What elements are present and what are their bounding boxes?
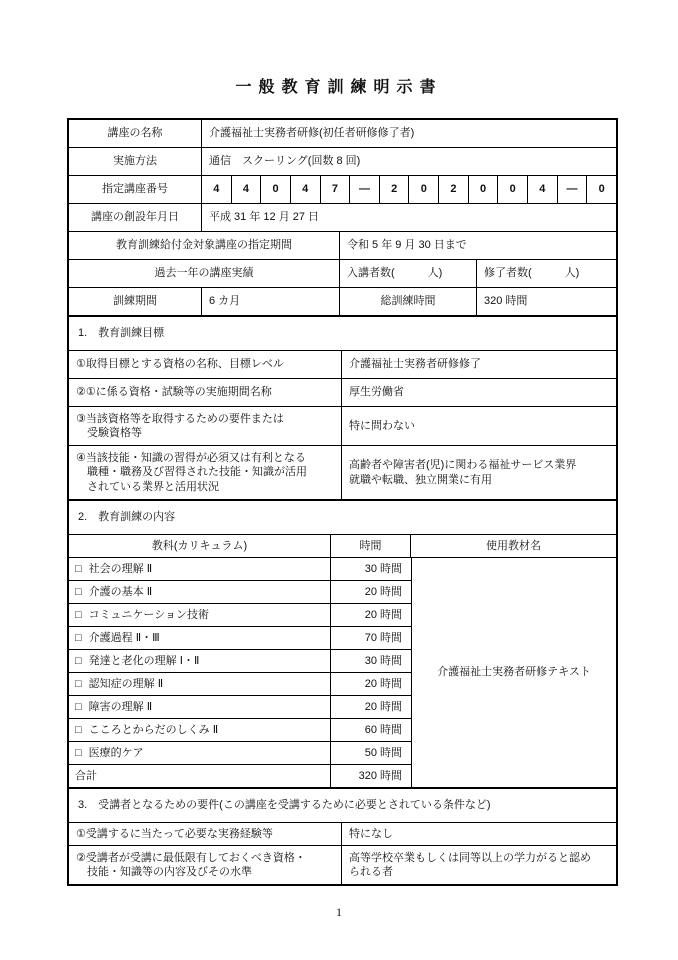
subject-label: 介護の基本 Ⅱ bbox=[89, 585, 152, 599]
course-number-row: 指定講座番号 4 4 0 4 7 — 2 0 2 0 0 4 — 0 bbox=[69, 175, 616, 203]
checkbox-icon: □ bbox=[75, 746, 82, 760]
digit-cell: 0 bbox=[586, 176, 616, 203]
digit-cell: — bbox=[557, 176, 587, 203]
curriculum-row: □こころとからだのしくみ Ⅱ 60 時間 bbox=[69, 718, 411, 741]
total-hours-label: 総訓練時間 bbox=[339, 288, 476, 315]
course-name-row: 講座の名称 介護福祉士実務者研修(初任者研修修了者) bbox=[69, 120, 616, 147]
s1-row-4: ④当該技能・知識の習得が必須又は有利となる 職種・職務及び習得された技能・知識が… bbox=[69, 445, 616, 499]
checkbox-icon: □ bbox=[75, 608, 82, 622]
checkbox-icon: □ bbox=[75, 631, 82, 645]
method-row: 実施方法 通信 スクーリング(回数 8 回) bbox=[69, 147, 616, 175]
s1-row4-label: ④当該技能・知識の習得が必須又は有利となる 職種・職務及び習得された技能・知識が… bbox=[69, 446, 341, 499]
s1-row4-value: 高齢者や障害者(児)に関わる福祉サービス業界 就職や転職、独立開業に有用 bbox=[341, 446, 616, 499]
hours-cell: 20 時間 bbox=[330, 696, 411, 718]
subject-cell: □障害の理解 Ⅱ bbox=[69, 696, 330, 718]
curriculum-row: □発達と老化の理解 Ⅰ・Ⅱ 30 時間 bbox=[69, 649, 411, 672]
checkbox-icon: □ bbox=[75, 723, 82, 737]
s3-row2-value: 高等学校卒業もしくは同等以上の学力がると認め られる者 bbox=[341, 846, 616, 884]
checkbox-icon: □ bbox=[75, 562, 82, 576]
page-number: 1 bbox=[0, 905, 678, 920]
training-period-value: 6 カ月 bbox=[201, 288, 339, 315]
s3-row-2: ②受講者が受講に最低限有しておくべき資格・ 技能・知識等の内容及びその水準 高等… bbox=[69, 845, 616, 884]
curriculum-row: □医療的ケア 50 時間 bbox=[69, 741, 411, 764]
s1-row3-label: ③当該資格等を取得するための要件または 受験資格等 bbox=[69, 407, 341, 445]
training-period-label: 訓練期間 bbox=[69, 288, 201, 315]
subject-label: 障害の理解 Ⅱ bbox=[89, 700, 152, 714]
digit-cell: 2 bbox=[379, 176, 409, 203]
curriculum-header-row: 教科(カリキュラム) 時間 使用教材名 bbox=[69, 534, 616, 557]
document-page: 一般教育訓練明示書 講座の名称 介護福祉士実務者研修(初任者研修修了者) 実施方… bbox=[0, 0, 678, 960]
method-label: 実施方法 bbox=[69, 148, 201, 175]
s1-row1-value: 介護福祉士実務者研修修了 bbox=[341, 351, 616, 378]
total-row: 合計 320 時間 bbox=[69, 764, 411, 787]
course-number-digits: 4 4 0 4 7 — 2 0 2 0 0 4 — 0 bbox=[201, 176, 616, 203]
established-row: 講座の創設年月日 平成 31 年 12 月 27 日 bbox=[69, 203, 616, 231]
s1-row-1: ①取得目標とする資格の名称、目標レベル 介護福祉士実務者研修修了 bbox=[69, 350, 616, 378]
digit-cell: — bbox=[349, 176, 379, 203]
s3-row-1: ①受講するに当たって必要な実務経験等 特になし bbox=[69, 822, 616, 845]
curriculum-row: □介護の基本 Ⅱ 20 時間 bbox=[69, 580, 411, 603]
curriculum-row: □介護過程 Ⅱ・Ⅲ 70 時間 bbox=[69, 626, 411, 649]
curriculum-body: □社会の理解 Ⅱ 30 時間 □介護の基本 Ⅱ 20 時間 □コミュニケーション… bbox=[69, 557, 616, 787]
section3-heading: 3. 受講者となるための要件(この講座を受講するために必要とされている条件など) bbox=[69, 789, 616, 822]
subject-label: こころとからだのしくみ Ⅱ bbox=[89, 723, 218, 737]
digit-cell: 4 bbox=[231, 176, 261, 203]
s1-row1-label: ①取得目標とする資格の名称、目標レベル bbox=[69, 351, 341, 378]
entrants-cell: 入講者数( 人) bbox=[339, 260, 476, 287]
s1-row2-value: 厚生労働省 bbox=[341, 379, 616, 406]
s1-row2-label: ②①に係る資格・試験等の実施期間名称 bbox=[69, 379, 341, 406]
subject-label: 発達と老化の理解 Ⅰ・Ⅱ bbox=[89, 654, 200, 668]
digit-cell: 0 bbox=[408, 176, 438, 203]
hours-cell: 70 時間 bbox=[330, 627, 411, 649]
checkbox-icon: □ bbox=[75, 585, 82, 599]
course-number-label: 指定講座番号 bbox=[69, 176, 201, 203]
subject-cell: □こころとからだのしくみ Ⅱ bbox=[69, 719, 330, 741]
subject-cell: □コミュニケーション技術 bbox=[69, 604, 330, 626]
page-title: 一般教育訓練明示書 bbox=[0, 74, 678, 97]
section2-heading: 2. 教育訓練の内容 bbox=[69, 501, 616, 534]
hours-cell: 50 時間 bbox=[330, 742, 411, 764]
course-name-value: 介護福祉士実務者研修(初任者研修修了者) bbox=[201, 120, 616, 147]
hours-cell: 20 時間 bbox=[330, 581, 411, 603]
s3-row1-label: ①受講するに当たって必要な実務経験等 bbox=[69, 823, 341, 845]
material-column-header: 使用教材名 bbox=[410, 535, 616, 557]
total-label: 合計 bbox=[69, 765, 330, 787]
curriculum-row: □認知症の理解 Ⅱ 20 時間 bbox=[69, 672, 411, 695]
designation-period-label: 教育訓練給付金対象講座の指定期間 bbox=[69, 232, 339, 259]
curriculum-row: □障害の理解 Ⅱ 20 時間 bbox=[69, 695, 411, 718]
subject-cell: □認知症の理解 Ⅱ bbox=[69, 673, 330, 695]
subject-cell: □発達と老化の理解 Ⅰ・Ⅱ bbox=[69, 650, 330, 672]
training-statement-table: 講座の名称 介護福祉士実務者研修(初任者研修修了者) 実施方法 通信 スクーリン… bbox=[67, 118, 618, 886]
subject-label: 介護過程 Ⅱ・Ⅲ bbox=[89, 631, 160, 645]
subject-cell: □介護過程 Ⅱ・Ⅲ bbox=[69, 627, 330, 649]
material-cell: 介護福祉士実務者研修テキスト bbox=[411, 558, 616, 787]
curriculum-subject-list: □社会の理解 Ⅱ 30 時間 □介護の基本 Ⅱ 20 時間 □コミュニケーション… bbox=[69, 558, 411, 787]
subject-cell: □社会の理解 Ⅱ bbox=[69, 558, 330, 580]
hours-cell: 60 時間 bbox=[330, 719, 411, 741]
digit-cell: 0 bbox=[468, 176, 498, 203]
digit-cell: 4 bbox=[201, 176, 231, 203]
course-name-label: 講座の名称 bbox=[69, 120, 201, 147]
hours-cell: 30 時間 bbox=[330, 650, 411, 672]
digit-cell: 4 bbox=[290, 176, 320, 203]
section2-heading-row: 2. 教育訓練の内容 bbox=[69, 499, 616, 534]
subject-cell: □医療的ケア bbox=[69, 742, 330, 764]
section1-heading: 1. 教育訓練目標 bbox=[69, 317, 616, 350]
subject-cell: □介護の基本 Ⅱ bbox=[69, 581, 330, 603]
checkbox-icon: □ bbox=[75, 700, 82, 714]
total-hours-value: 320 時間 bbox=[476, 288, 616, 315]
s1-row-3: ③当該資格等を取得するための要件または 受験資格等 特に問わない bbox=[69, 406, 616, 445]
subject-column-header: 教科(カリキュラム) bbox=[69, 535, 330, 557]
designation-period-row: 教育訓練給付金対象講座の指定期間 令和 5 年 9 月 30 日まで bbox=[69, 231, 616, 259]
curriculum-row: □社会の理解 Ⅱ 30 時間 bbox=[69, 558, 411, 580]
hours-cell: 20 時間 bbox=[330, 673, 411, 695]
s3-row1-value: 特になし bbox=[341, 823, 616, 845]
digit-cell: 0 bbox=[260, 176, 290, 203]
designation-period-value: 令和 5 年 9 月 30 日まで bbox=[339, 232, 616, 259]
s3-row2-label: ②受講者が受講に最低限有しておくべき資格・ 技能・知識等の内容及びその水準 bbox=[69, 846, 341, 884]
digit-cell: 2 bbox=[438, 176, 468, 203]
subject-label: 社会の理解 Ⅱ bbox=[89, 562, 152, 576]
subject-label: コミュニケーション技術 bbox=[89, 608, 209, 622]
checkbox-icon: □ bbox=[75, 677, 82, 691]
established-label: 講座の創設年月日 bbox=[69, 204, 201, 231]
s1-row-2: ②①に係る資格・試験等の実施期間名称 厚生労働省 bbox=[69, 378, 616, 406]
digit-cell: 4 bbox=[527, 176, 557, 203]
total-hours: 320 時間 bbox=[330, 765, 411, 787]
digit-cell: 0 bbox=[497, 176, 527, 203]
training-period-row: 訓練期間 6 カ月 総訓練時間 320 時間 bbox=[69, 287, 616, 315]
hours-column-header: 時間 bbox=[330, 535, 410, 557]
checkbox-icon: □ bbox=[75, 654, 82, 668]
section1-heading-row: 1. 教育訓練目標 bbox=[69, 315, 616, 350]
established-value: 平成 31 年 12 月 27 日 bbox=[201, 204, 616, 231]
past-year-row: 過去一年の講座実績 入講者数( 人) 修了者数( 人) bbox=[69, 259, 616, 287]
digit-cell: 7 bbox=[320, 176, 350, 203]
method-value: 通信 スクーリング(回数 8 回) bbox=[201, 148, 616, 175]
hours-cell: 20 時間 bbox=[330, 604, 411, 626]
hours-cell: 30 時間 bbox=[330, 558, 411, 580]
s1-row3-value: 特に問わない bbox=[341, 407, 616, 445]
completers-cell: 修了者数( 人) bbox=[476, 260, 616, 287]
past-year-label: 過去一年の講座実績 bbox=[69, 260, 339, 287]
subject-label: 認知症の理解 Ⅱ bbox=[89, 677, 163, 691]
subject-label: 医療的ケア bbox=[89, 746, 144, 760]
section3-heading-row: 3. 受講者となるための要件(この講座を受講するために必要とされている条件など) bbox=[69, 787, 616, 822]
curriculum-row: □コミュニケーション技術 20 時間 bbox=[69, 603, 411, 626]
